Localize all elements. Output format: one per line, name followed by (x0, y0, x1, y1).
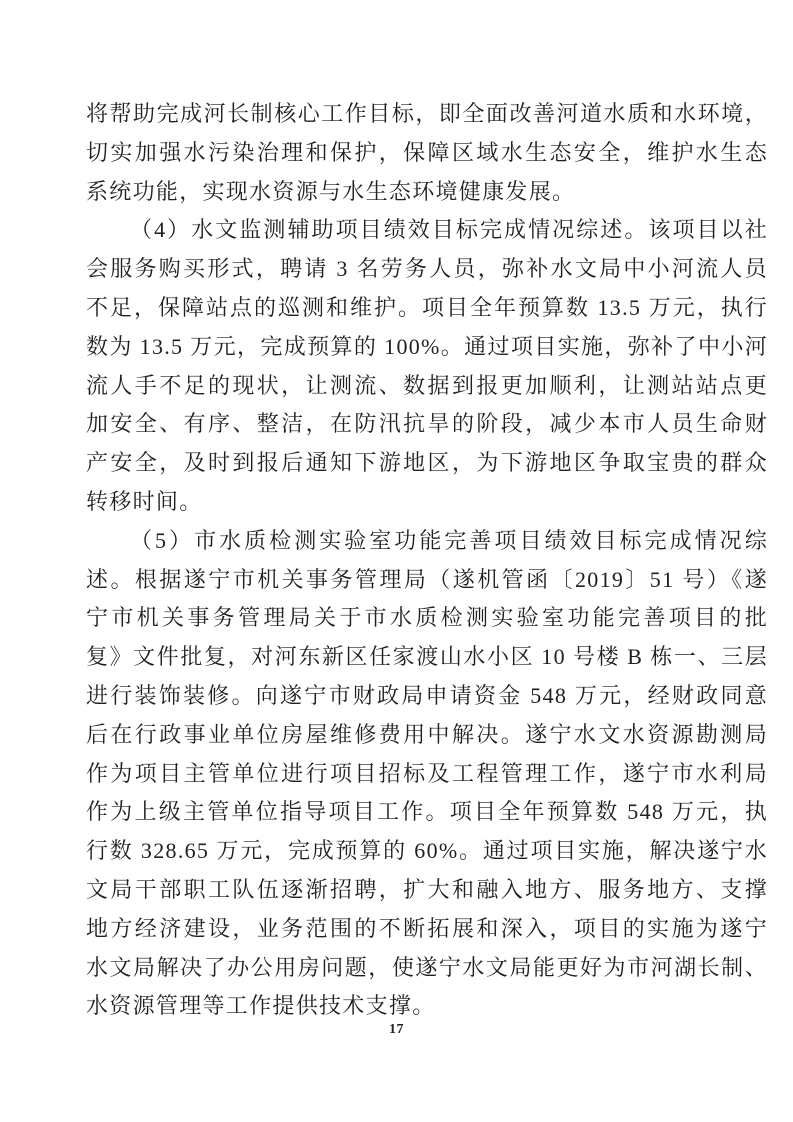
text-line: 复》文件批复，对河东新区任家渡山水小区 10 号楼 B 栋一、三层 (86, 638, 768, 677)
text-line: 水文局解决了办公用房问题，使遂宁水文局能更好为市河湖长制、 (86, 949, 768, 988)
text-line: 地方经济建设，业务范围的不断拓展和深入，项目的实施为遂宁 (86, 910, 768, 949)
text-line: （5）市水质检测实验室功能完善项目绩效目标完成情况综 (86, 522, 768, 561)
page-number: 17 (0, 1022, 793, 1038)
text-line: 行数 328.65 万元，完成预算的 60%。通过项目实施，解决遂宁水 (86, 832, 768, 871)
text-line: 进行装饰装修。向遂宁市财政局申请资金 548 万元，经财政同意 (86, 677, 768, 716)
text-line: 产安全，及时到报后通知下游地区，为下游地区争取宝贵的群众 (86, 444, 768, 483)
document-page: 将帮助完成河长制核心工作目标，即全面改善河道水质和水环境，切实加强水污染治理和保… (0, 0, 793, 1122)
text-line: 述。根据遂宁市机关事务管理局（遂机管函〔2019〕51 号）《遂 (86, 561, 768, 600)
text-line: 作为上级主管单位指导项目工作。项目全年预算数 548 万元，执 (86, 793, 768, 832)
text-line: 流人手不足的现状，让测流、数据到报更加顺利，让测站站点更 (86, 367, 768, 406)
text-line: 加安全、有序、整洁，在防汛抗旱的阶段，减少本市人员生命财 (86, 405, 768, 444)
text-line: 系统功能，实现水资源与水生态环境健康发展。 (86, 173, 768, 212)
text-line: 文局干部职工队伍逐渐招聘，扩大和融入地方、服务地方、支撑 (86, 871, 768, 910)
text-line: 宁市机关事务管理局关于市水质检测实验室功能完善项目的批 (86, 599, 768, 638)
text-line: 会服务购买形式，聘请 3 名劳务人员，弥补水文局中小河流人员 (86, 250, 768, 289)
text-line: 将帮助完成河长制核心工作目标，即全面改善河道水质和水环境， (86, 95, 768, 134)
text-line: 切实加强水污染治理和保护，保障区域水生态安全，维护水生态 (86, 134, 768, 173)
document-text: 将帮助完成河长制核心工作目标，即全面改善河道水质和水环境，切实加强水污染治理和保… (86, 95, 768, 1026)
text-line: 不足，保障站点的巡测和维护。项目全年预算数 13.5 万元，执行 (86, 289, 768, 328)
text-line: 数为 13.5 万元，完成预算的 100%。通过项目实施，弥补了中小河 (86, 328, 768, 367)
text-line: 作为项目主管单位进行项目招标及工程管理工作，遂宁市水利局 (86, 755, 768, 794)
text-line: 水资源管理等工作提供技术支撑。 (86, 987, 768, 1026)
text-line: 后在行政事业单位房屋维修费用中解决。遂宁水文水资源勘测局 (86, 716, 768, 755)
text-line: 转移时间。 (86, 483, 768, 522)
text-line: （4）水文监测辅助项目绩效目标完成情况综述。该项目以社 (86, 211, 768, 250)
